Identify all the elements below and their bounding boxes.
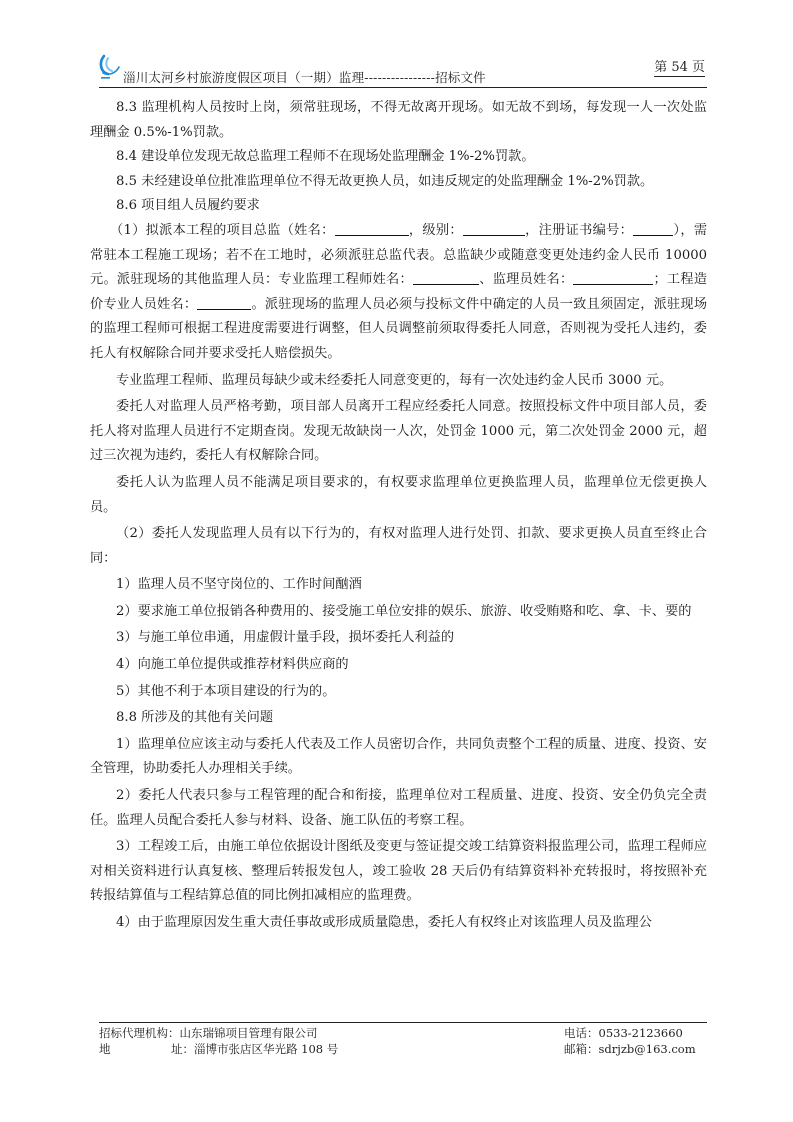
chief-supervisor-name-blank bbox=[335, 221, 409, 236]
text-segment: ，注册证书编号： bbox=[525, 223, 633, 238]
cost-engineer-name-blank bbox=[197, 295, 251, 310]
page-header: 淄川太河乡村旅游度假区项目（一期）监理----------------招标文件 … bbox=[99, 50, 707, 86]
paragraph: 委托人对监理人员严格考勤，项目部人员离开工程应经委托人同意。按照投标文件中项目部… bbox=[90, 395, 707, 469]
document-page: 淄川太河乡村旅游度假区项目（一期）监理----------------招标文件 … bbox=[0, 0, 793, 1122]
document-body: 8.3 监理机构人员按时上岗，须常驻现场，不得无故离开现场。如无故不到场，每发现… bbox=[90, 96, 707, 936]
email-info: 邮箱：sdrjzb@163.com bbox=[564, 1041, 696, 1057]
company-logo-icon bbox=[99, 52, 121, 80]
clause-8-6-item-1: （1）拟派本工程的项目总监（姓名：，级别：，注册证书编号：），需常驻本工程施工现… bbox=[90, 219, 707, 367]
agency-label: 招标代理机构： bbox=[99, 1026, 180, 1040]
agency-info: 招标代理机构：山东瑞锦项目管理有限公司 bbox=[99, 1025, 318, 1041]
footer-divider bbox=[99, 1022, 707, 1023]
paragraph: 专业监理工程师、监理员每缺少或未经委托人同意变更的，每有一次处违约金人民币 30… bbox=[90, 369, 707, 394]
certificate-number-blank bbox=[633, 221, 673, 236]
text-segment: ，级别： bbox=[409, 223, 463, 238]
supervisor-name-blank bbox=[573, 270, 653, 285]
list-item: 5）其他不利于本项目建设的行为的。 bbox=[90, 680, 707, 705]
phone-value: 0533-2123660 bbox=[599, 1026, 683, 1040]
list-item: 1）监理人员不坚守岗位的、工作时间酗酒 bbox=[90, 573, 707, 598]
address-value: 淄博市张店区华光路 108 号 bbox=[194, 1042, 338, 1056]
text-segment: 、监理员姓名： bbox=[479, 272, 573, 287]
address-label-start: 地 bbox=[99, 1041, 171, 1057]
list-item: 1）监理单位应该主动与委托人代表及工作人员密切合作，共同负责整个工程的质量、进度… bbox=[90, 733, 707, 782]
footer-row-address: 地址：淄博市张店区华光路 108 号 邮箱：sdrjzb@163.com bbox=[99, 1041, 707, 1057]
text-segment: （1）拟派本工程的项目总监（姓名： bbox=[110, 223, 335, 238]
agency-value: 山东瑞锦项目管理有限公司 bbox=[180, 1026, 318, 1040]
email-value: sdrjzb@163.com bbox=[599, 1042, 696, 1056]
clause-8-3: 8.3 监理机构人员按时上岗，须常驻现场，不得无故离开现场。如无故不到场，每发现… bbox=[90, 96, 707, 145]
paragraph: 委托人认为监理人员不能满足项目要求的，有权要求监理单位更换监理人员，监理单位无偿… bbox=[90, 471, 707, 520]
document-title: 淄川太河乡村旅游度假区项目（一期）监理----------------招标文件 bbox=[123, 68, 486, 86]
list-item: 4）由于监理原因发生重大责任事故或形成质量隐患，委托人有权终止对该监理人员及监理… bbox=[90, 911, 707, 936]
address-info: 地址：淄博市张店区华光路 108 号 bbox=[99, 1041, 338, 1057]
clause-8-5: 8.5 未经建设单位批准监理单位不得无故更换人员，如违反规定的处监理酬金 1%-… bbox=[90, 170, 707, 195]
list-item: 3）与施工单位串通，用虚假计量手段，损坏委托人利益的 bbox=[90, 626, 707, 651]
engineer-name-blank bbox=[413, 270, 479, 285]
address-label-end: 址： bbox=[171, 1042, 194, 1056]
list-item: 2）委托人代表只参与工程管理的配合和衔接，监理单位对工程质量、进度、投资、安全仍… bbox=[90, 784, 707, 833]
clause-8-6-item-2: （2）委托人发现监理人员有以下行为的，有权对监理人进行处罚、扣款、要求更换人员直… bbox=[90, 522, 707, 571]
phone-info: 电话：0533-2123660 bbox=[564, 1025, 683, 1041]
phone-label: 电话： bbox=[564, 1026, 599, 1040]
clause-8-4: 8.4 建设单位发现无故总监理工程师不在现场处监理酬金 1%-2%罚款。 bbox=[90, 145, 707, 170]
page-number: 第 54 页 bbox=[654, 56, 705, 77]
footer-row-agency: 招标代理机构：山东瑞锦项目管理有限公司 电话：0533-2123660 bbox=[99, 1025, 707, 1041]
clause-8-6-heading: 8.6 项目组人员履约要求 bbox=[90, 194, 707, 219]
list-item: 4）向施工单位提供或推荐材料供应商的 bbox=[90, 653, 707, 678]
header-divider bbox=[99, 87, 707, 88]
page-footer: 招标代理机构：山东瑞锦项目管理有限公司 电话：0533-2123660 地址：淄… bbox=[99, 1025, 707, 1057]
list-item: 2）要求施工单位报销各种费用的、接受施工单位安排的娱乐、旅游、收受贿赂和吃、拿、… bbox=[90, 600, 707, 625]
clause-8-8-heading: 8.8 所涉及的其他有关问题 bbox=[90, 706, 707, 731]
email-label: 邮箱： bbox=[564, 1042, 599, 1056]
level-blank bbox=[463, 221, 525, 236]
list-item: 3）工程竣工后，由施工单位依据设计图纸及变更与签证提交竣工结算资料报监理公司，监… bbox=[90, 835, 707, 909]
